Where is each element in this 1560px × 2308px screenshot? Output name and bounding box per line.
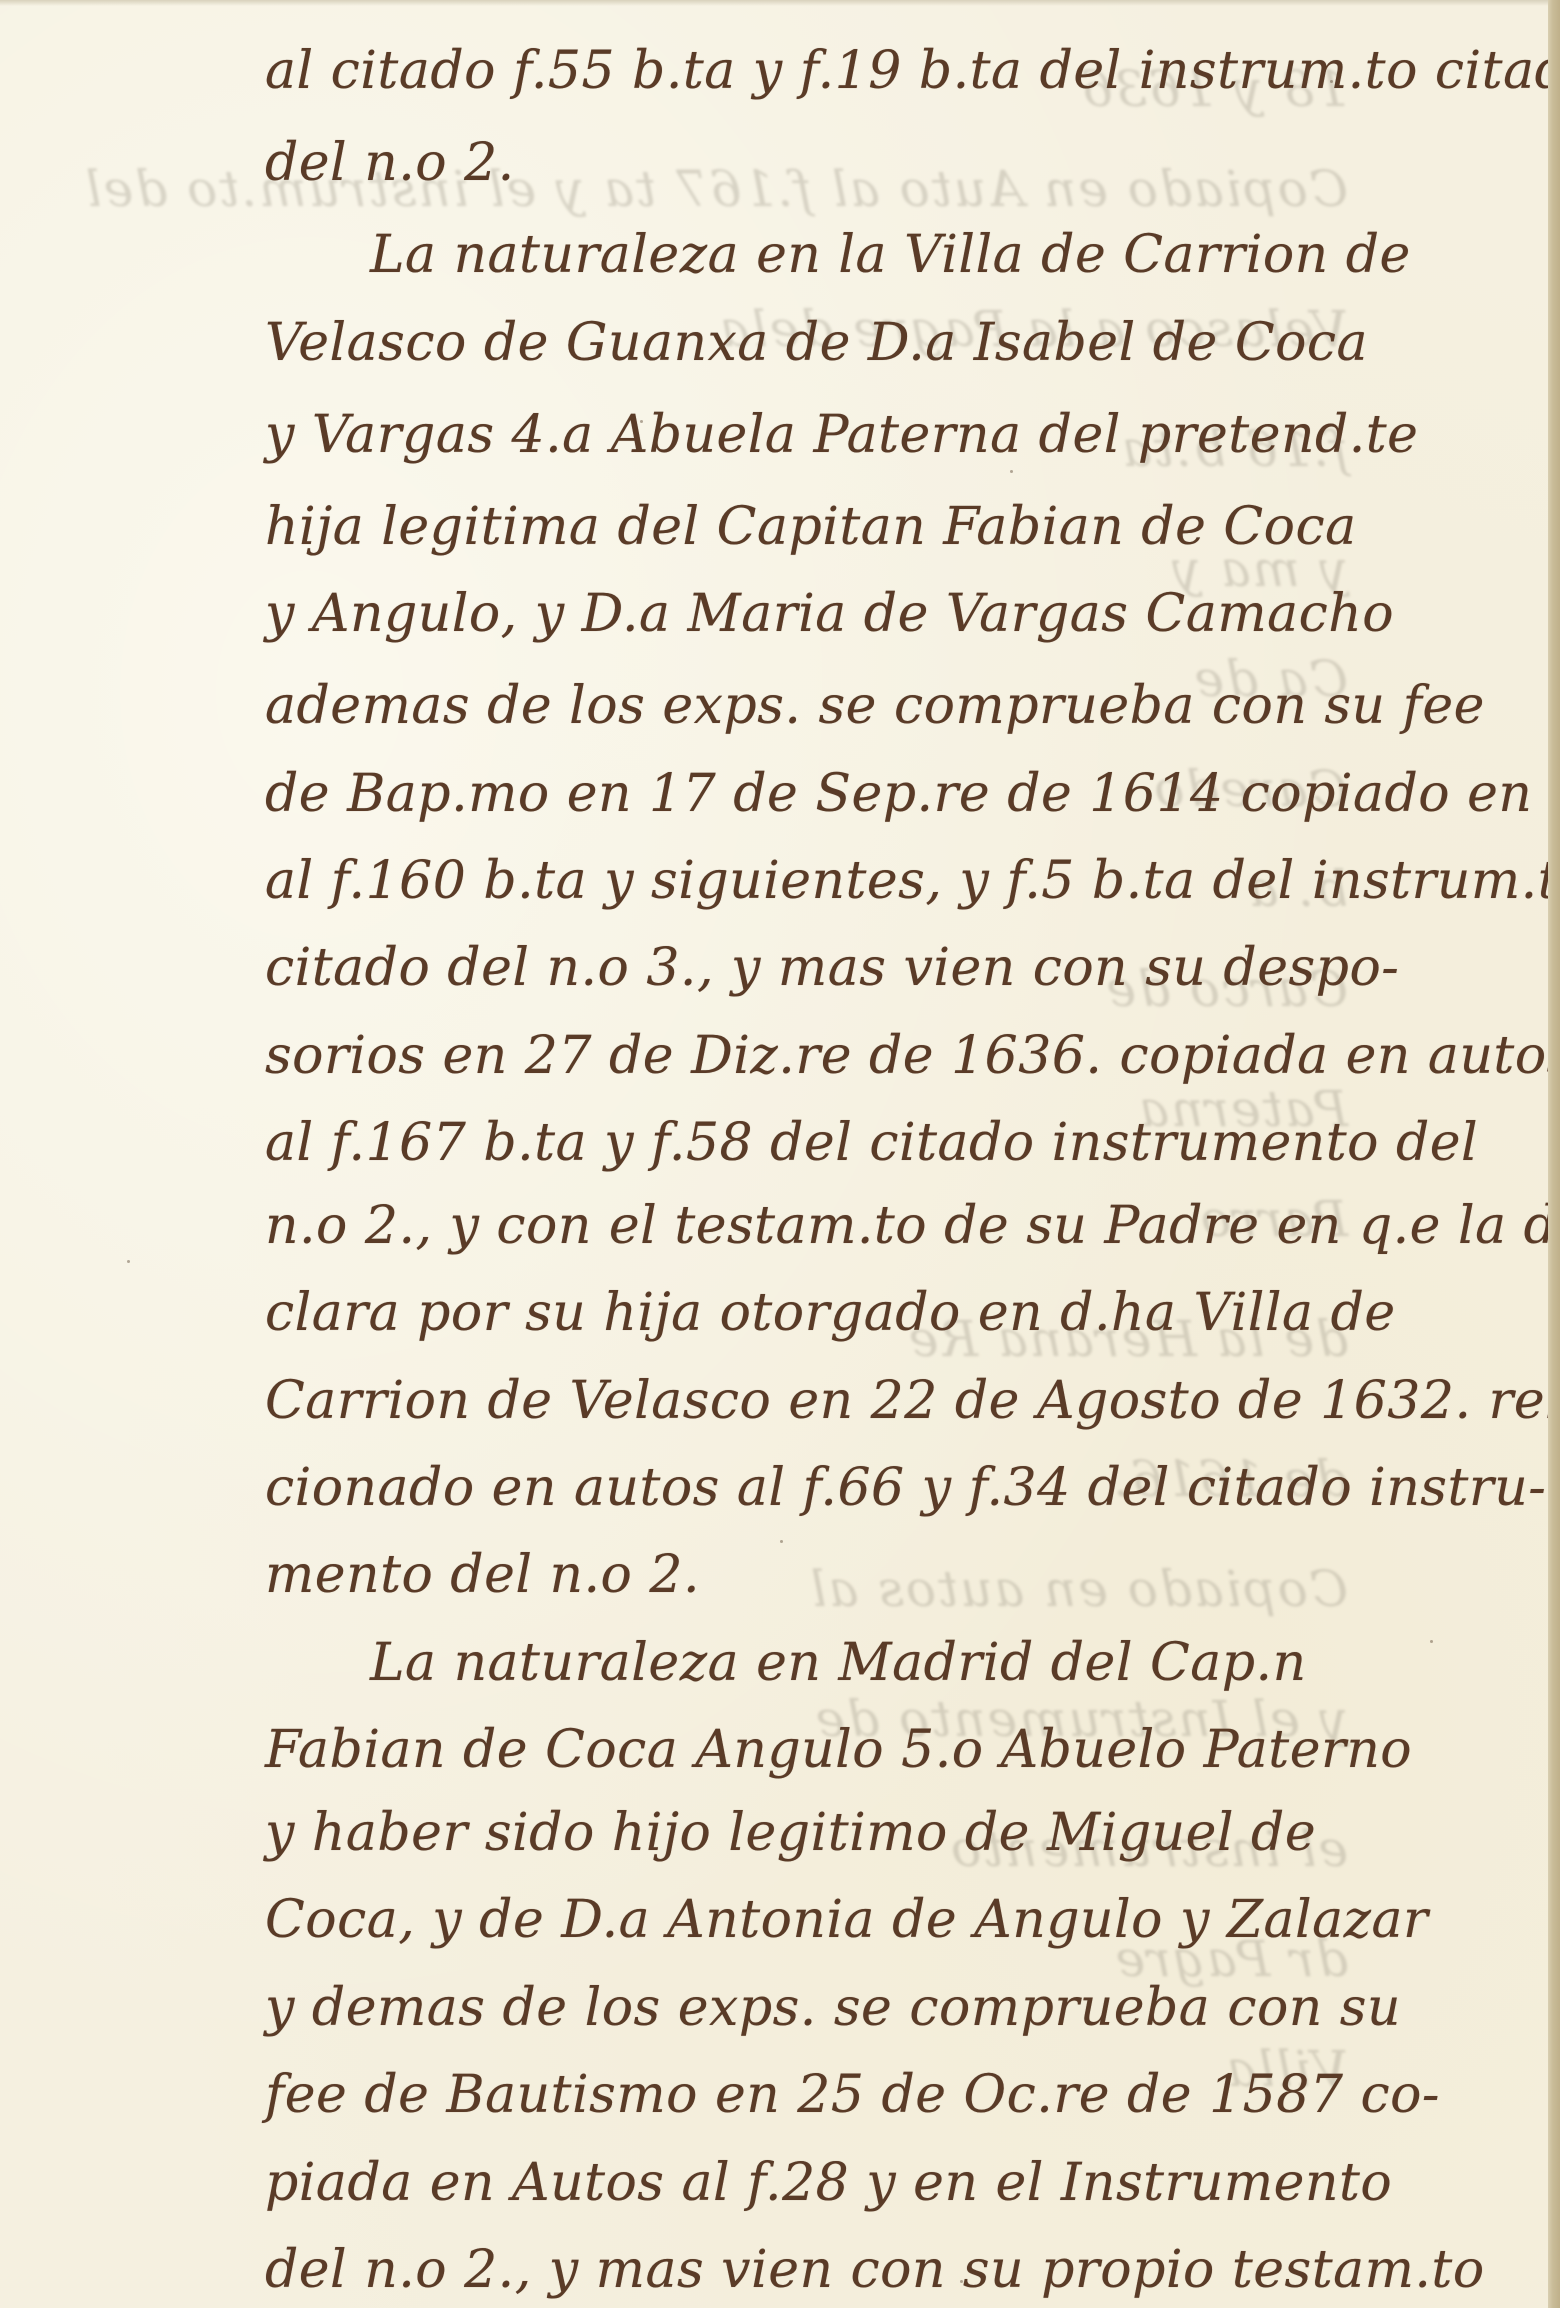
manuscript-line: del n.o 2. <box>265 133 1475 193</box>
manuscript-line: citado del n.o 3., y mas vien con su des… <box>265 938 1475 998</box>
manuscript-line: Carrion de Velasco en 22 de Agosto de 16… <box>265 1371 1475 1431</box>
manuscript-line: y Angulo, y D.a Maria de Vargas Camacho <box>265 584 1475 644</box>
manuscript-line: y Vargas 4.a Abuela Paterna del pretend.… <box>265 405 1475 465</box>
manuscript-line: al f.167 b.ta y f.58 del citado instrume… <box>265 1113 1475 1173</box>
paragraph-start-line: La naturaleza en la Villa de Carrion de <box>370 225 1560 285</box>
manuscript-line: Coca, y de D.a Antonia de Angulo y Zalaz… <box>265 1890 1475 1950</box>
paragraph-start-line: La naturaleza en Madrid del Cap.n <box>370 1633 1560 1693</box>
manuscript-line: y demas de los exps. se comprueba con su <box>265 1978 1475 2038</box>
manuscript-line: mento del n.o 2. <box>265 1545 1475 1605</box>
page-right-edge <box>1548 0 1560 2308</box>
manuscript-line: Velasco de Guanxa de D.a Isabel de Coca <box>265 313 1475 373</box>
manuscript-line: n.o 2., y con el testam.to de su Padre e… <box>265 1196 1475 1256</box>
manuscript-line: piada en Autos al f.28 y en el Instrumen… <box>265 2153 1475 2213</box>
manuscript-line: y haber sido hijo legitimo de Miguel de <box>265 1803 1475 1863</box>
manuscript-line: de Bap.mo en 17 de Sep.re de 1614 copiad… <box>265 764 1475 824</box>
manuscript-line: cionado en autos al f.66 y f.34 del cita… <box>265 1458 1475 1518</box>
manuscript-line: del n.o 2., y mas vien con su propio tes… <box>265 2240 1475 2300</box>
manuscript-line: al f.160 b.ta y siguientes, y f.5 b.ta d… <box>265 851 1475 911</box>
manuscript-line: sorios en 27 de Diz.re de 1636. copiada … <box>265 1026 1475 1086</box>
manuscript-line: hija legitima del Capitan Fabian de Coca <box>265 497 1475 557</box>
manuscript-line: clara por su hija otorgado en d.ha Villa… <box>265 1283 1475 1343</box>
manuscript-line: ademas de los exps. se comprueba con su … <box>265 676 1475 736</box>
manuscript-line: fee de Bautismo en 25 de Oc.re de 1587 c… <box>265 2065 1475 2125</box>
manuscript-line: Fabian de Coca Angulo 5.o Abuelo Paterno <box>265 1720 1475 1780</box>
manuscript-page: 18 y 1636Copiado en Auto al f.167 ta y e… <box>0 0 1548 2308</box>
manuscript-text-block: al citado f.55 b.ta y f.19 b.ta del inst… <box>0 0 1548 2308</box>
manuscript-line: al citado f.55 b.ta y f.19 b.ta del inst… <box>265 41 1475 101</box>
